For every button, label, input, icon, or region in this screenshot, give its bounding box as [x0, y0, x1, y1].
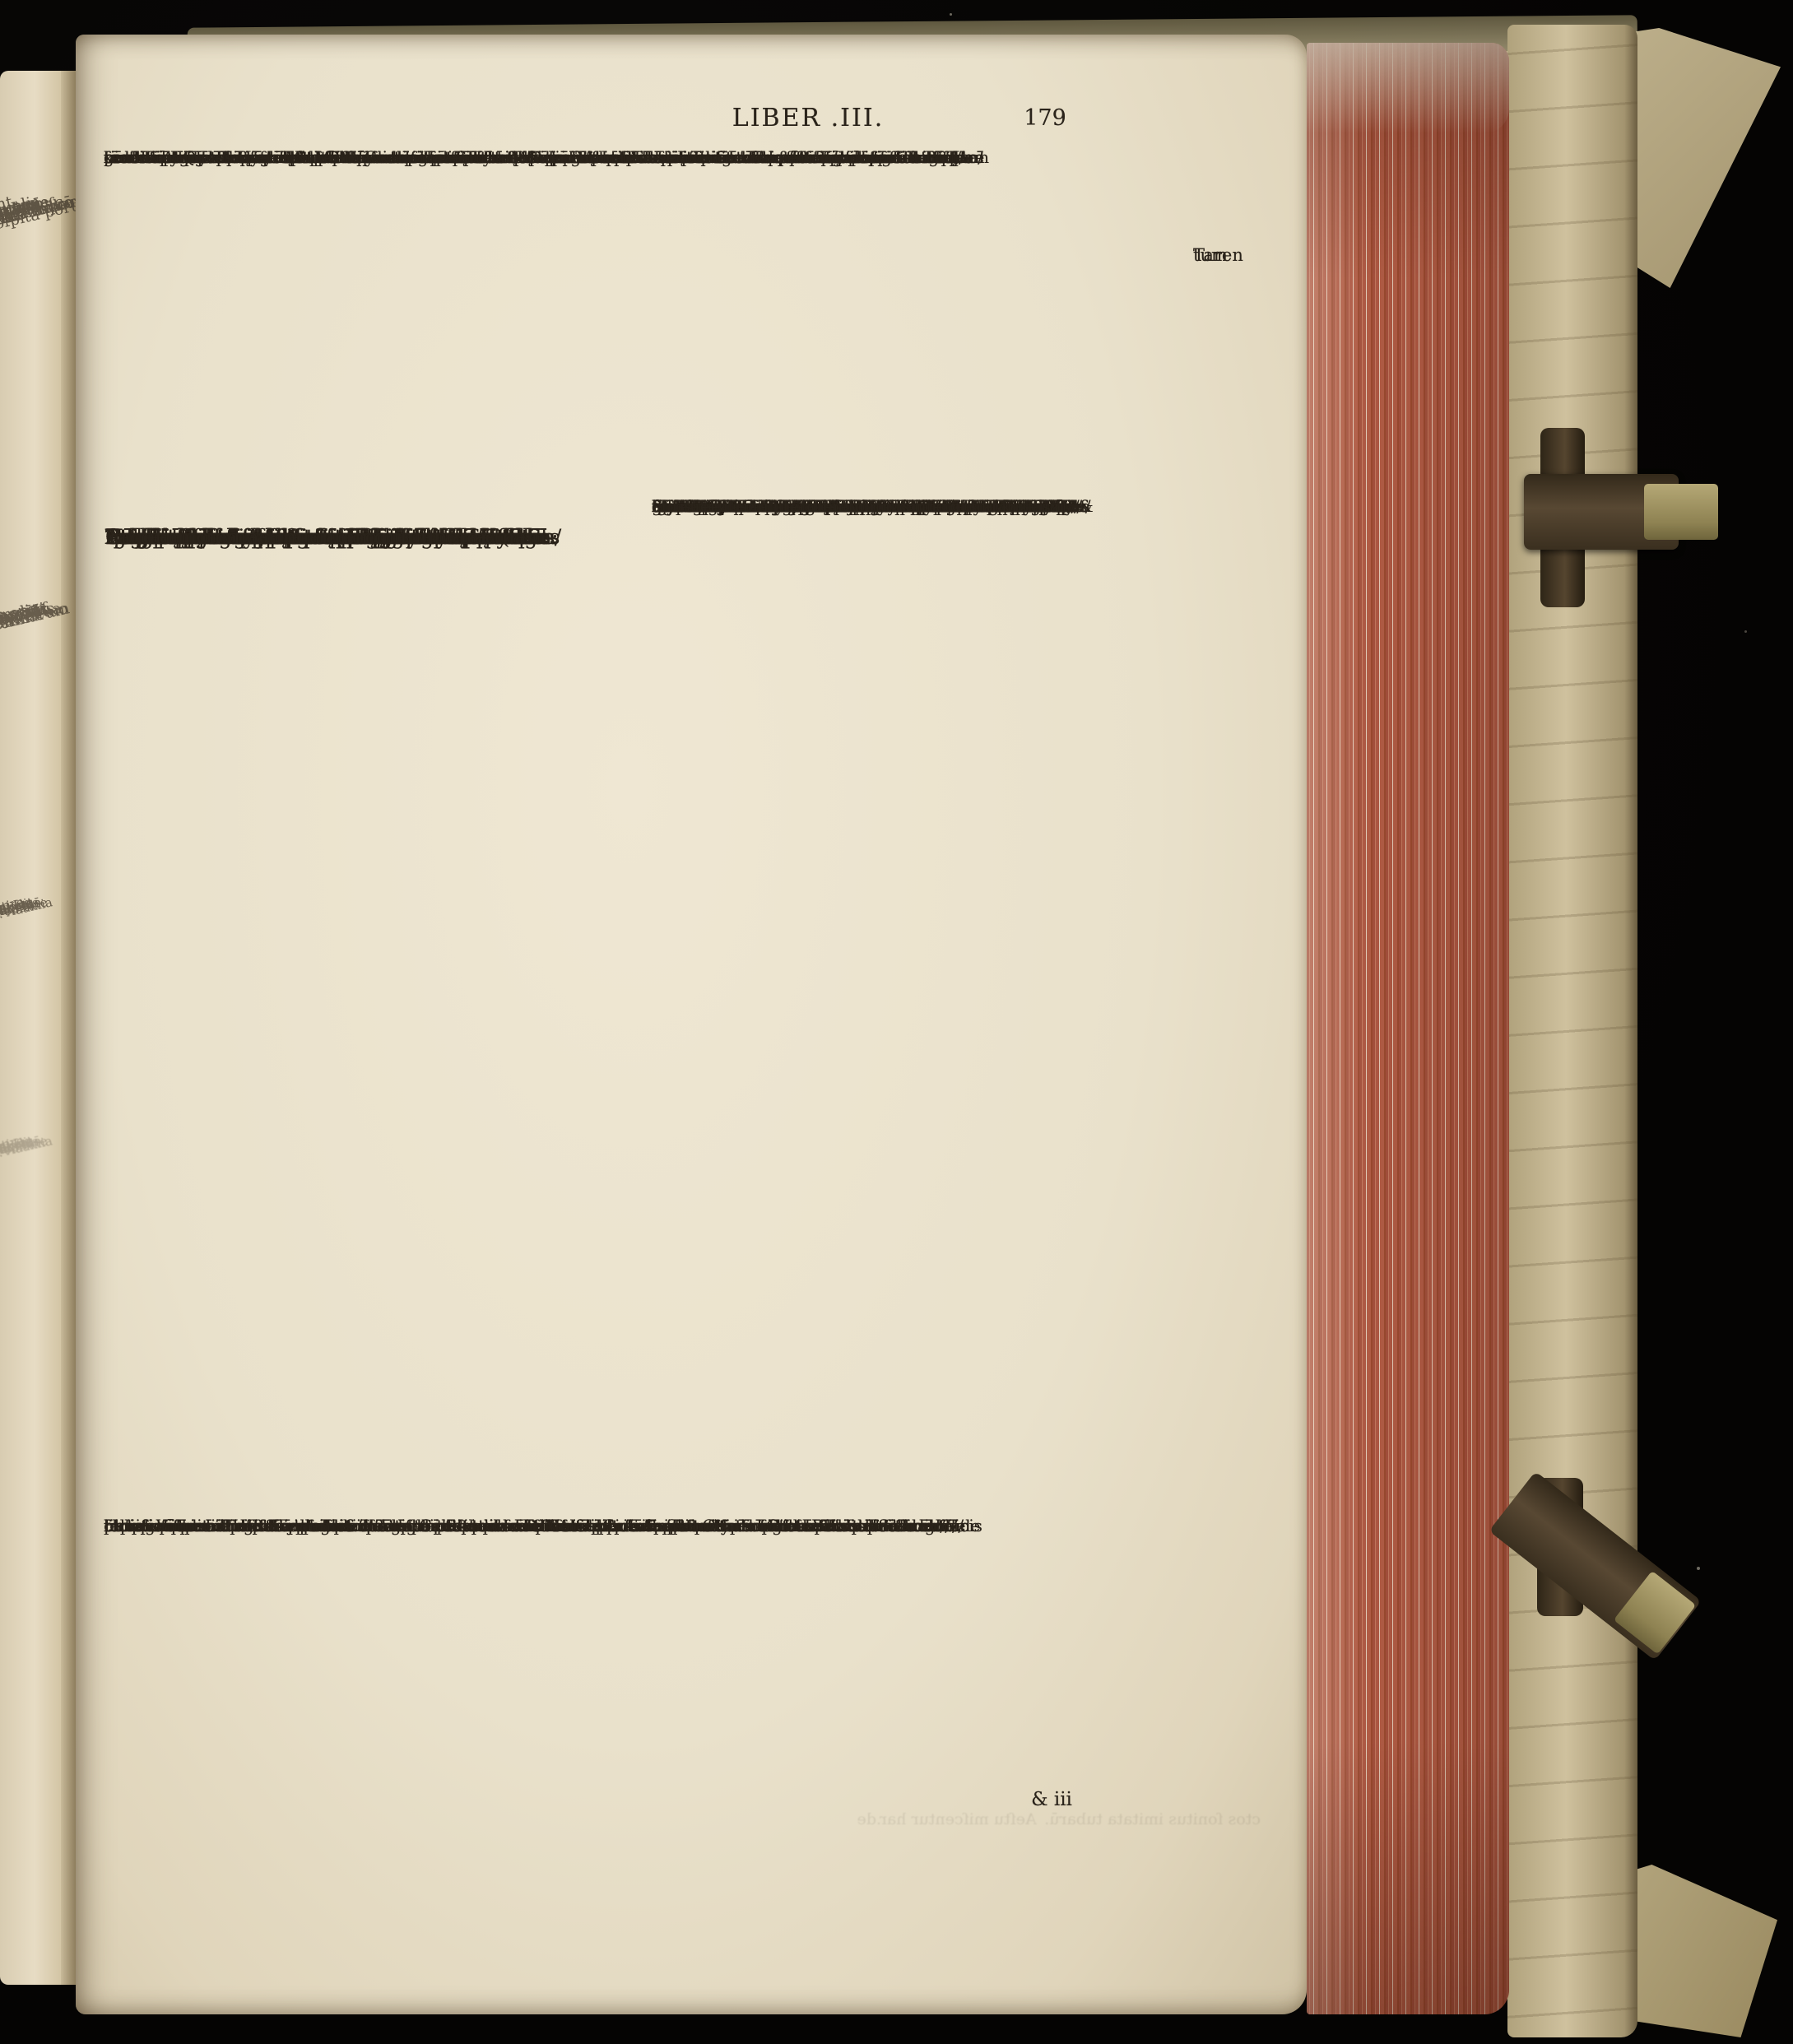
printed-page: LIBER .III. 179 Tarentum ti nō ſunt pro … [76, 35, 1307, 2014]
book-photograph: magnum craterra coudiuoſq̨ uocantpeſtati… [0, 0, 1793, 2044]
margin-note-line: tum [1193, 242, 1228, 269]
show-through-ghost-text: ctos ſonitus imitata tubarū. Aeſtu miſce… [767, 1810, 1261, 1828]
text-line: ſe maxia īſignes fuerūt & peditū.xxx.mil… [104, 145, 964, 171]
back-board-vellum-edge [1507, 25, 1637, 2037]
red-fore-edge-text-block [1307, 43, 1509, 2014]
running-title: LIBER .III. [652, 104, 964, 132]
text-line: tem ponitur ueluti ſem ianimis ſit Encel… [104, 1514, 961, 1538]
dust-speck [1697, 1567, 1700, 1570]
facing-page-gutter: magnum craterra coudiuoſq̨ uocantpeſtati… [0, 71, 82, 1985]
page-number: 179 [1004, 105, 1086, 131]
commentary-line: euri uel africi interdum fumum interdum … [652, 494, 1056, 520]
dust-speck [950, 13, 952, 16]
upper-clasp-brass-tip [1644, 484, 1718, 540]
verse-line: Vrgeri mole hac:ingentemq̨ inſuper ætnam [105, 520, 546, 555]
quire-signature: & iii [986, 1789, 1117, 1810]
dust-speck [1744, 630, 1747, 633]
